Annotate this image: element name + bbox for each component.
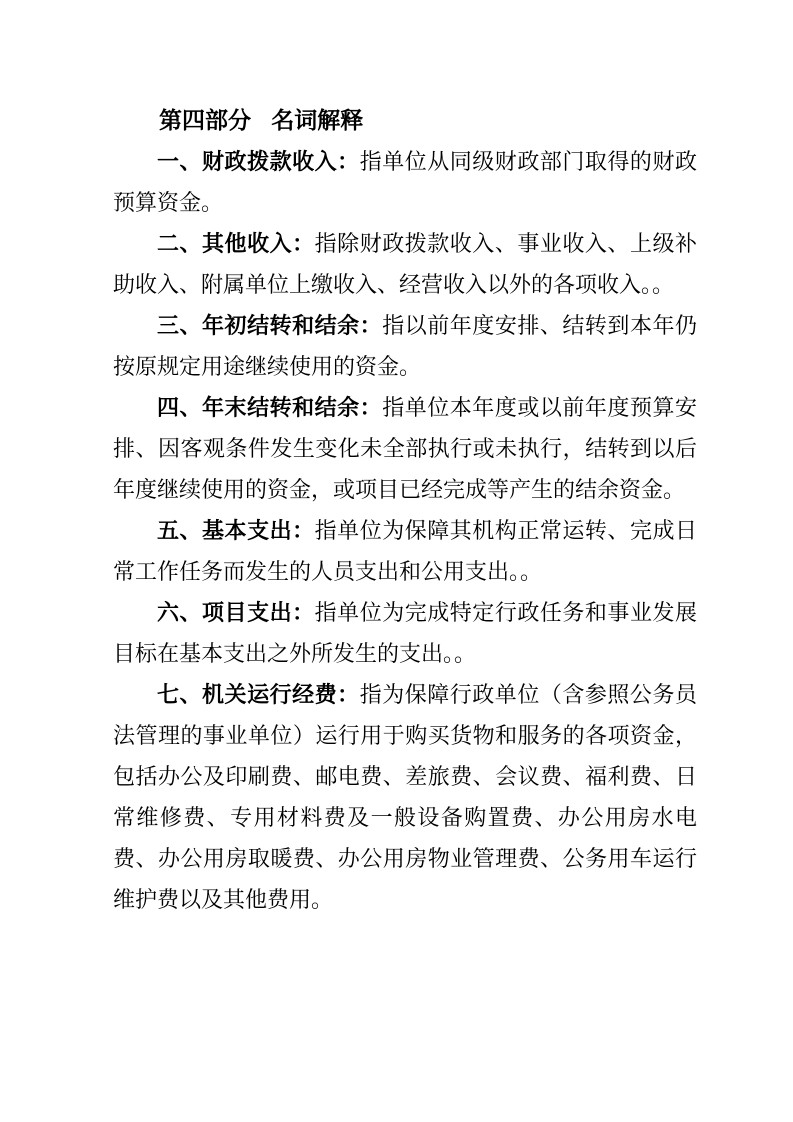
definition-paragraph-other-income: 二、其他收入：指除财政拨款收入、事业收入、上级补助收入、附属单位上缴收入、经营收…	[113, 223, 697, 305]
term-label: 三、年初结转和结余：	[157, 313, 382, 338]
definition-paragraph-project-expenditure: 六、项目支出：指单位为完成特定行政任务和事业发展目标在基本支出之外所发生的支出。…	[113, 592, 697, 674]
term-label: 七、机关运行经费：	[157, 682, 360, 707]
definition-paragraph-agency-operating-funds: 七、机关运行经费：指为保障行政单位（含参照公务员法管理的事业单位）运行用于购买货…	[113, 674, 697, 920]
section-title: 第四部分 名词解释	[113, 100, 697, 141]
definition-paragraph-year-end-carryover: 四、年末结转和结余：指单位本年度或以前年度预算安排、因客观条件发生变化未全部执行…	[113, 387, 697, 510]
term-label: 五、基本支出：	[157, 518, 315, 543]
document-page: 第四部分 名词解释 一、财政拨款收入：指单位从同级财政部门取得的财政预算资金。 …	[0, 0, 793, 1122]
definition-paragraph-basic-expenditure: 五、基本支出：指单位为保障其机构正常运转、完成日常工作任务而发生的人员支出和公用…	[113, 510, 697, 592]
term-label: 一、财政拨款收入：	[157, 149, 360, 174]
definition-paragraph-fiscal-appropriation-income: 一、财政拨款收入：指单位从同级财政部门取得的财政预算资金。	[113, 141, 697, 223]
definition-text: 指为保障行政单位（含参照公务员法管理的事业单位）运行用于购买货物和服务的各项资金…	[113, 682, 697, 912]
definition-paragraph-beginning-year-carryover: 三、年初结转和结余：指以前年度安排、结转到本年仍按原规定用途继续使用的资金。	[113, 305, 697, 387]
term-label: 四、年末结转和结余：	[157, 395, 382, 420]
term-label: 二、其他收入：	[157, 231, 315, 256]
term-label: 六、项目支出：	[157, 600, 315, 625]
